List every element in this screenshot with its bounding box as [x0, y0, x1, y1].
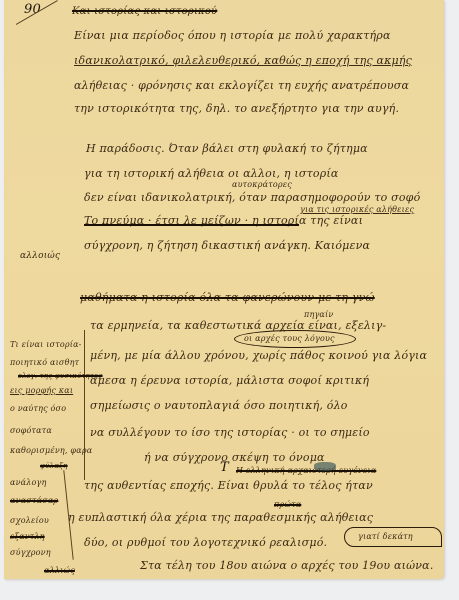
margin-note: αναστάσαρ: [10, 496, 58, 505]
margin-note: ο ναύτης όσο: [10, 404, 66, 413]
text-line: Η παράδοσις. Όταν βάλει στη φυλακή το ζή…: [86, 143, 368, 155]
text-line: να συλλέγουν το ίσο της ιστορίας · οι το…: [90, 427, 370, 439]
text-line: Στα τέλη του 18ου αιώνα ο αρχές του 19ου…: [140, 560, 434, 572]
ink-blot: [314, 462, 336, 471]
text-line: Είναι μια περίοδος όπου η ιστορία με πολ…: [74, 30, 391, 42]
text-line: σύγχρονη, η ζήτηση δικαστική ανάγκη. Και…: [84, 240, 370, 252]
interlinear-insertion: αυτοκράτορες: [232, 180, 292, 189]
margin-note: σοφότατα: [10, 426, 52, 435]
text-line: για τη ιστορική αλήθεια οι αλλοι, η ιστο…: [84, 168, 339, 180]
text-line: τα ερμηνεία, τα καθεστωτικά αρχεία είναι…: [90, 320, 386, 332]
text-line: σημείωσις ο ναυτοπλαγιά όσο ποιητική, όλ…: [90, 400, 348, 412]
text-line: της αυθεντίας εποχής. Είναι θρυλά το τέλ…: [84, 480, 373, 492]
margin-note: εξαντλη: [10, 532, 45, 541]
margin-note: ανάλογη: [10, 478, 47, 487]
text-line-struck: μαθήματα η ιστορία όλα τα φανερώνουν με …: [80, 292, 375, 304]
text-line: δεν είναι ιδανικολατρική, όταν παρασημοφ…: [84, 192, 420, 204]
interlinear-insertion: πηγαίν: [304, 310, 333, 319]
margin-note: αλλοιώς: [20, 250, 60, 262]
text-line: η ευπλαστική όλα χέρια της παραθεσμικής …: [68, 512, 373, 524]
struck-insertion: Η ελληνική αρχαιοτερή ευγένεια: [236, 466, 376, 475]
interlinear-insertion: για τις ιστορικές αλήθειες: [300, 205, 414, 214]
text-line: άμεσα η έρευνα ιστορία, μάλιστα σοφοί κρ…: [90, 375, 369, 387]
margin-note: ελεγ. της φυσικότητος: [18, 372, 103, 380]
text-line: μένη, με μία άλλου χρόνου, χωρίς πάθος κ…: [90, 350, 427, 362]
text-line: ή να σύγχρονο σκέψη το όνομα: [144, 452, 325, 464]
margin-note: εις μορφής και: [10, 386, 73, 395]
text-line: αλήθειας · φρόνησις και εκλογίζει τη ευχ…: [74, 80, 409, 92]
margin-note: Τι είναι ιστορία-: [10, 340, 82, 349]
struck-heading: Και ιστορίας και ιστορικού: [72, 6, 217, 18]
interlinear-insertion: οι αρχές τους λόγους: [244, 334, 335, 343]
interlinear-insertion: γιατί δεκάτη: [358, 532, 413, 541]
text-line: ιδανικολατρικό, φιλελευθερικό, καθώς η ε…: [74, 55, 412, 67]
margin-note: φύλαξη: [40, 462, 68, 470]
margin-note: καθορισμένη, φαρα: [10, 446, 92, 455]
manuscript-page: 90 Και ιστορίας και ιστορικού Είναι μια …: [4, 0, 444, 579]
interlinear-insertion: πρώτα: [274, 500, 301, 509]
margin-note: ποιητικό αισθητ: [10, 358, 79, 367]
margin-note: αλλιώς: [44, 566, 75, 575]
strike-through: [84, 224, 299, 226]
margin-divider: [84, 330, 85, 480]
margin-note: σχολείου: [10, 516, 49, 525]
text-line: την ιστορικότητα της, δηλ. το ανεξήρτητο…: [74, 103, 399, 115]
text-line: δύο, οι ρυθμοί του λογοτεχνικό ρεαλισμό.: [84, 537, 327, 549]
margin-note: σύγχρονη: [10, 548, 51, 557]
insertion-marker: Τ: [220, 462, 229, 474]
